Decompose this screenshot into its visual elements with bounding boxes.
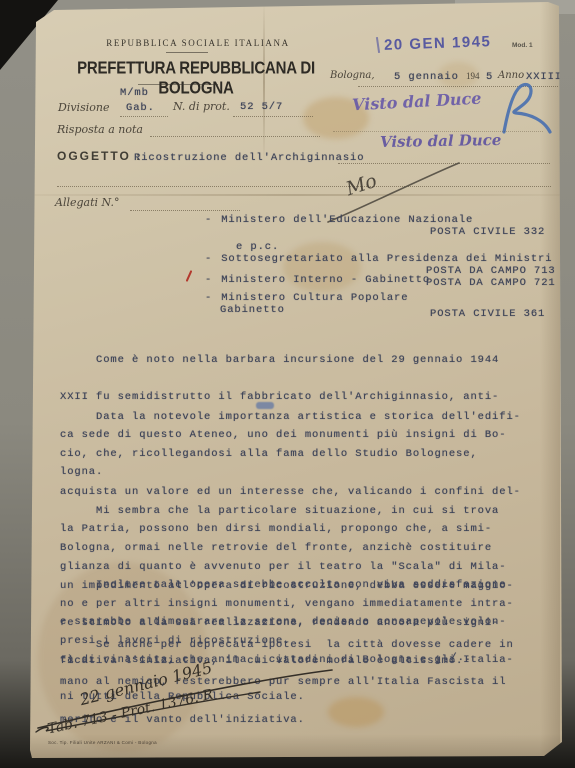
dotted-rule [120,115,168,117]
reply-label: Risposta a nota [57,123,143,136]
dotted-rule [233,115,313,117]
dotted-rule [130,209,240,211]
stamp-bracket-mark [376,37,380,53]
dateline-year-digit: 5 [486,71,493,83]
dateline-day-month: 5 gennaio [394,71,459,83]
recipient-name: Sottosegretariato alla Presidenza dei Mi… [212,253,552,265]
state-underline [166,52,208,53]
recipient-name: Ministero Cultura Popolare [212,292,408,304]
subject-label: OGGETTO : [57,149,142,163]
protocol-label: N. di prot. [173,100,230,113]
recipient-name: Ministero dell'Educazione Nazionale [212,214,473,226]
dateline-place: Bologna, [330,70,375,81]
recipient-post-code: POSTA CIVILE 332 [430,226,545,238]
dotted-rule [57,185,551,187]
red-check-mark [186,270,193,282]
recipient-name: Ministero Interno - Gabinetto [212,274,430,286]
protocol-value: 52 5/7 [240,101,283,113]
visto-dal-duce-stamp-2: Visto dal Duce [380,131,502,151]
dotted-rule [333,130,543,132]
recipient-row: -Ministero Cultura Popolare [205,292,408,304]
handwritten-underline-strokes [32,662,352,742]
division-label: Divisione [58,101,109,114]
office-ornament-rule [138,84,218,85]
recipient-row: -Sottosegretariato alla Presidenza dei M… [205,253,552,265]
continuation-mark: ../.. [436,652,472,664]
division-value: Gab. [126,102,155,114]
dotted-rule [150,135,320,137]
dateline-century: 194 [466,71,480,81]
model-label: Mod. 1 [512,42,533,49]
office-name: PREFETTURA REPUBBLICANA DI BOLOGNA [46,58,346,98]
recipient-post-code: POSTA DA CAMPO 713 [426,265,556,277]
cc-label: e p.c. [236,241,279,253]
attachments-label: Allegati N.° [55,196,119,209]
visto-dal-duce-stamp-1: Visto dal Duce [352,89,482,115]
received-date-stamp: 20 GEN 1945 [384,33,492,54]
state-name: REPUBBLICA SOCIALE ITALIANA [58,38,338,48]
recipient-row: -Ministero dell'Educazione Nazionale [205,214,473,226]
photo-of-document: { "photo": { "backdrop_color": "#8b897f"… [0,0,575,768]
printer-imprint: Soc. Tip. Filiali Unite ARZANI & Comi - … [48,740,157,745]
document-sheet: REPUBBLICA SOCIALE ITALIANA PREFETTURA R… [28,2,562,760]
recipient-row: -Ministero Interno - Gabinetto [205,274,430,286]
recipient-name-line2: Gabinetto [220,304,285,316]
blue-ink-correction [256,402,274,409]
recipient-post-code: POSTA CIVILE 361 [430,308,545,320]
recipient-post-code: POSTA DA CAMPO 721 [426,277,556,289]
reference-initials: M/mb [120,87,149,99]
